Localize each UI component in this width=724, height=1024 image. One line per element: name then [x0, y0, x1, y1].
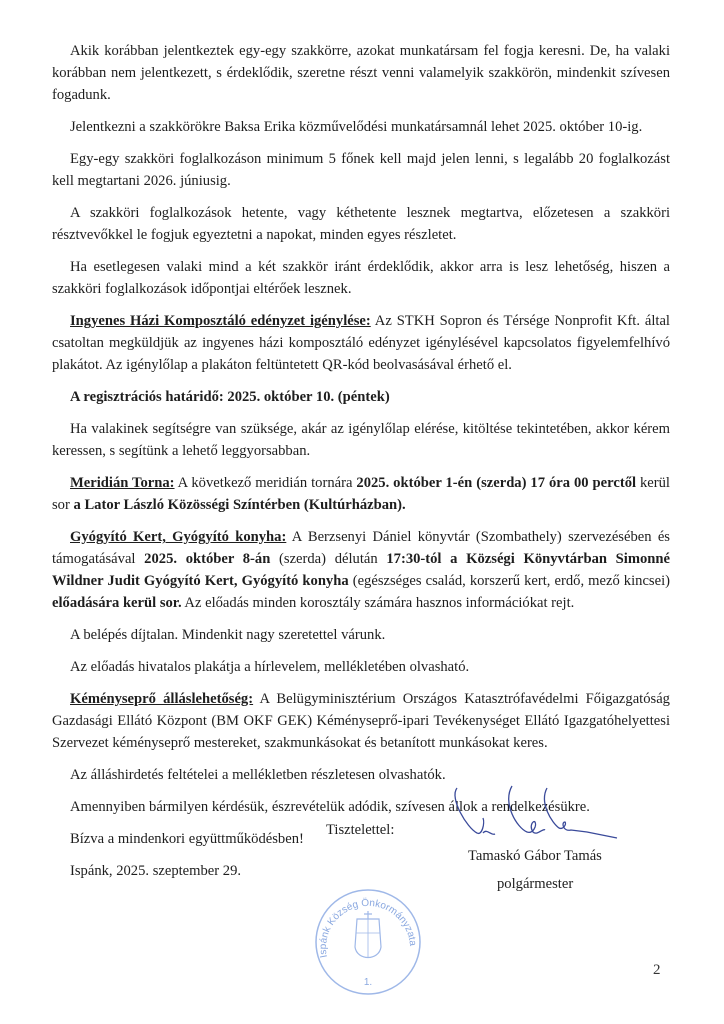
meridian-heading: Meridián Torna: — [70, 475, 175, 491]
page-number: 2 — [653, 962, 661, 979]
signature-icon — [447, 778, 627, 848]
section-chimney: Kéményseprő álláslehetőség: A Belügymini… — [52, 688, 670, 754]
section-garden: Gyógyító Kert, Gyógyító konyha: A Berzse… — [52, 526, 670, 614]
closing-regards: Tisztelettel: — [326, 822, 394, 839]
signer-title: polgármester — [497, 876, 573, 893]
meridian-text: A következő meridián tornára — [175, 475, 357, 491]
signer-name: Tamaskó Gábor Tamás — [468, 848, 602, 865]
svg-text:1.: 1. — [364, 977, 372, 988]
garden-free-entry: A belépés díjtalan. Mindenkit nagy szere… — [52, 624, 670, 646]
section-meridian: Meridián Torna: A következő meridián tor… — [52, 472, 670, 516]
paragraph-minimum-attendance: Egy-egy szakköri foglalkozáson minimum 5… — [52, 148, 670, 192]
paragraph-schedule: A szakköri foglalkozások hetente, vagy k… — [52, 202, 670, 246]
garden-lecture: előadására kerül sor. — [52, 595, 182, 611]
garden-text-4: Az előadás minden korosztály számára has… — [182, 595, 575, 611]
compost-deadline: A regisztrációs határidő: 2025. október … — [52, 386, 670, 408]
garden-heading: Gyógyító Kert, Gyógyító konyha: — [70, 529, 286, 545]
paragraph-registration-contact: Jelentkezni a szakkörökre Baksa Erika kö… — [52, 116, 670, 138]
meridian-venue: a Lator László Közösségi Színtérben (Kul… — [74, 497, 406, 513]
chimney-heading: Kéményseprő álláslehetőség: — [70, 691, 253, 707]
official-stamp-icon: Ispánk Község Önkormányzata 1. — [305, 885, 430, 1000]
document-body: Akik korábban jelentkeztek egy-egy szakk… — [52, 40, 670, 892]
garden-poster: Az előadás hivatalos plakátja a hírlevel… — [52, 656, 670, 678]
compost-help: Ha valakinek segítségre van szüksége, ak… — [52, 418, 670, 462]
paragraph-existing-applicants: Akik korábban jelentkeztek egy-egy szakk… — [52, 40, 670, 106]
garden-date: 2025. október 8-án — [144, 551, 270, 567]
section-compost: Ingyenes Házi Komposztáló edényzet igény… — [52, 310, 670, 376]
garden-text-2: (szerda) délután — [270, 551, 386, 567]
paragraph-both-clubs: Ha esetlegesen valaki mind a két szakkör… — [52, 256, 670, 300]
meridian-date: 2025. október 1-én (szerda) 17 óra 00 pe… — [356, 475, 636, 491]
garden-text-3: (egészséges család, korszerű kert, erdő,… — [349, 573, 670, 589]
compost-heading: Ingyenes Házi Komposztáló edényzet igény… — [70, 313, 371, 329]
